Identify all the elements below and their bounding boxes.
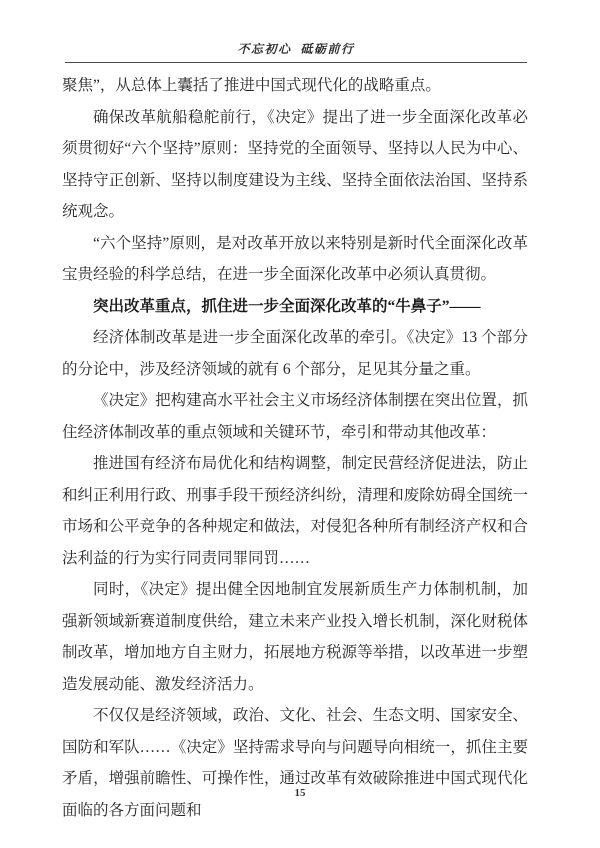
page-number: 15 bbox=[295, 787, 306, 799]
section-heading-reform-focus: 突出改革重点，抓住进一步全面深化改革的“牛鼻子”—— bbox=[62, 291, 528, 323]
page-footer: 15 bbox=[0, 786, 600, 800]
paragraph-beyond-economy: 不仅仅是经济领域，政治、文化、社会、生态文明、国家安全、国防和军队……《决定》坚… bbox=[62, 700, 528, 826]
document-page: 不忘初心 砥砺前行 聚焦”，从总体上囊括了推进中国式现代化的战略重点。 确保改革… bbox=[0, 0, 600, 848]
paragraph-six-adherences-summary: “六个坚持”原则，是对改革开放以来特别是新时代全面深化改革宝贵经验的科学总结，在… bbox=[62, 228, 528, 291]
paragraph-continuation: 聚焦”，从总体上囊括了推进中国式现代化的战略重点。 bbox=[62, 70, 528, 102]
paragraph-six-adherences-intro: 确保改革航船稳舵前行，《决定》提出了进一步全面深化改革必须贯彻好“六个坚持”原则… bbox=[62, 102, 528, 228]
paragraph-economic-reform-lead: 经济体制改革是进一步全面深化改革的牵引。《决定》13 个部分的分论中，涉及经济领… bbox=[62, 322, 528, 385]
header-rule bbox=[65, 62, 527, 63]
paragraph-new-productive-forces: 同时，《决定》提出健全因地制宜发展新质生产力体制机制，加强新领域新赛道制度供给，… bbox=[62, 574, 528, 700]
page-header-title: 不忘初心 砥砺前行 bbox=[65, 40, 527, 57]
document-body: 聚焦”，从总体上囊括了推进中国式现代化的战略重点。 确保改革航船稳舵前行，《决定… bbox=[62, 70, 528, 826]
paragraph-state-economy-measures: 推进国有经济布局优化和结构调整，制定民营经济促进法，防止和纠正利用行政、刑事手段… bbox=[62, 448, 528, 574]
paragraph-market-economy-system: 《决定》把构建高水平社会主义市场经济体制摆在突出位置，抓住经济体制改革的重点领域… bbox=[62, 385, 528, 448]
